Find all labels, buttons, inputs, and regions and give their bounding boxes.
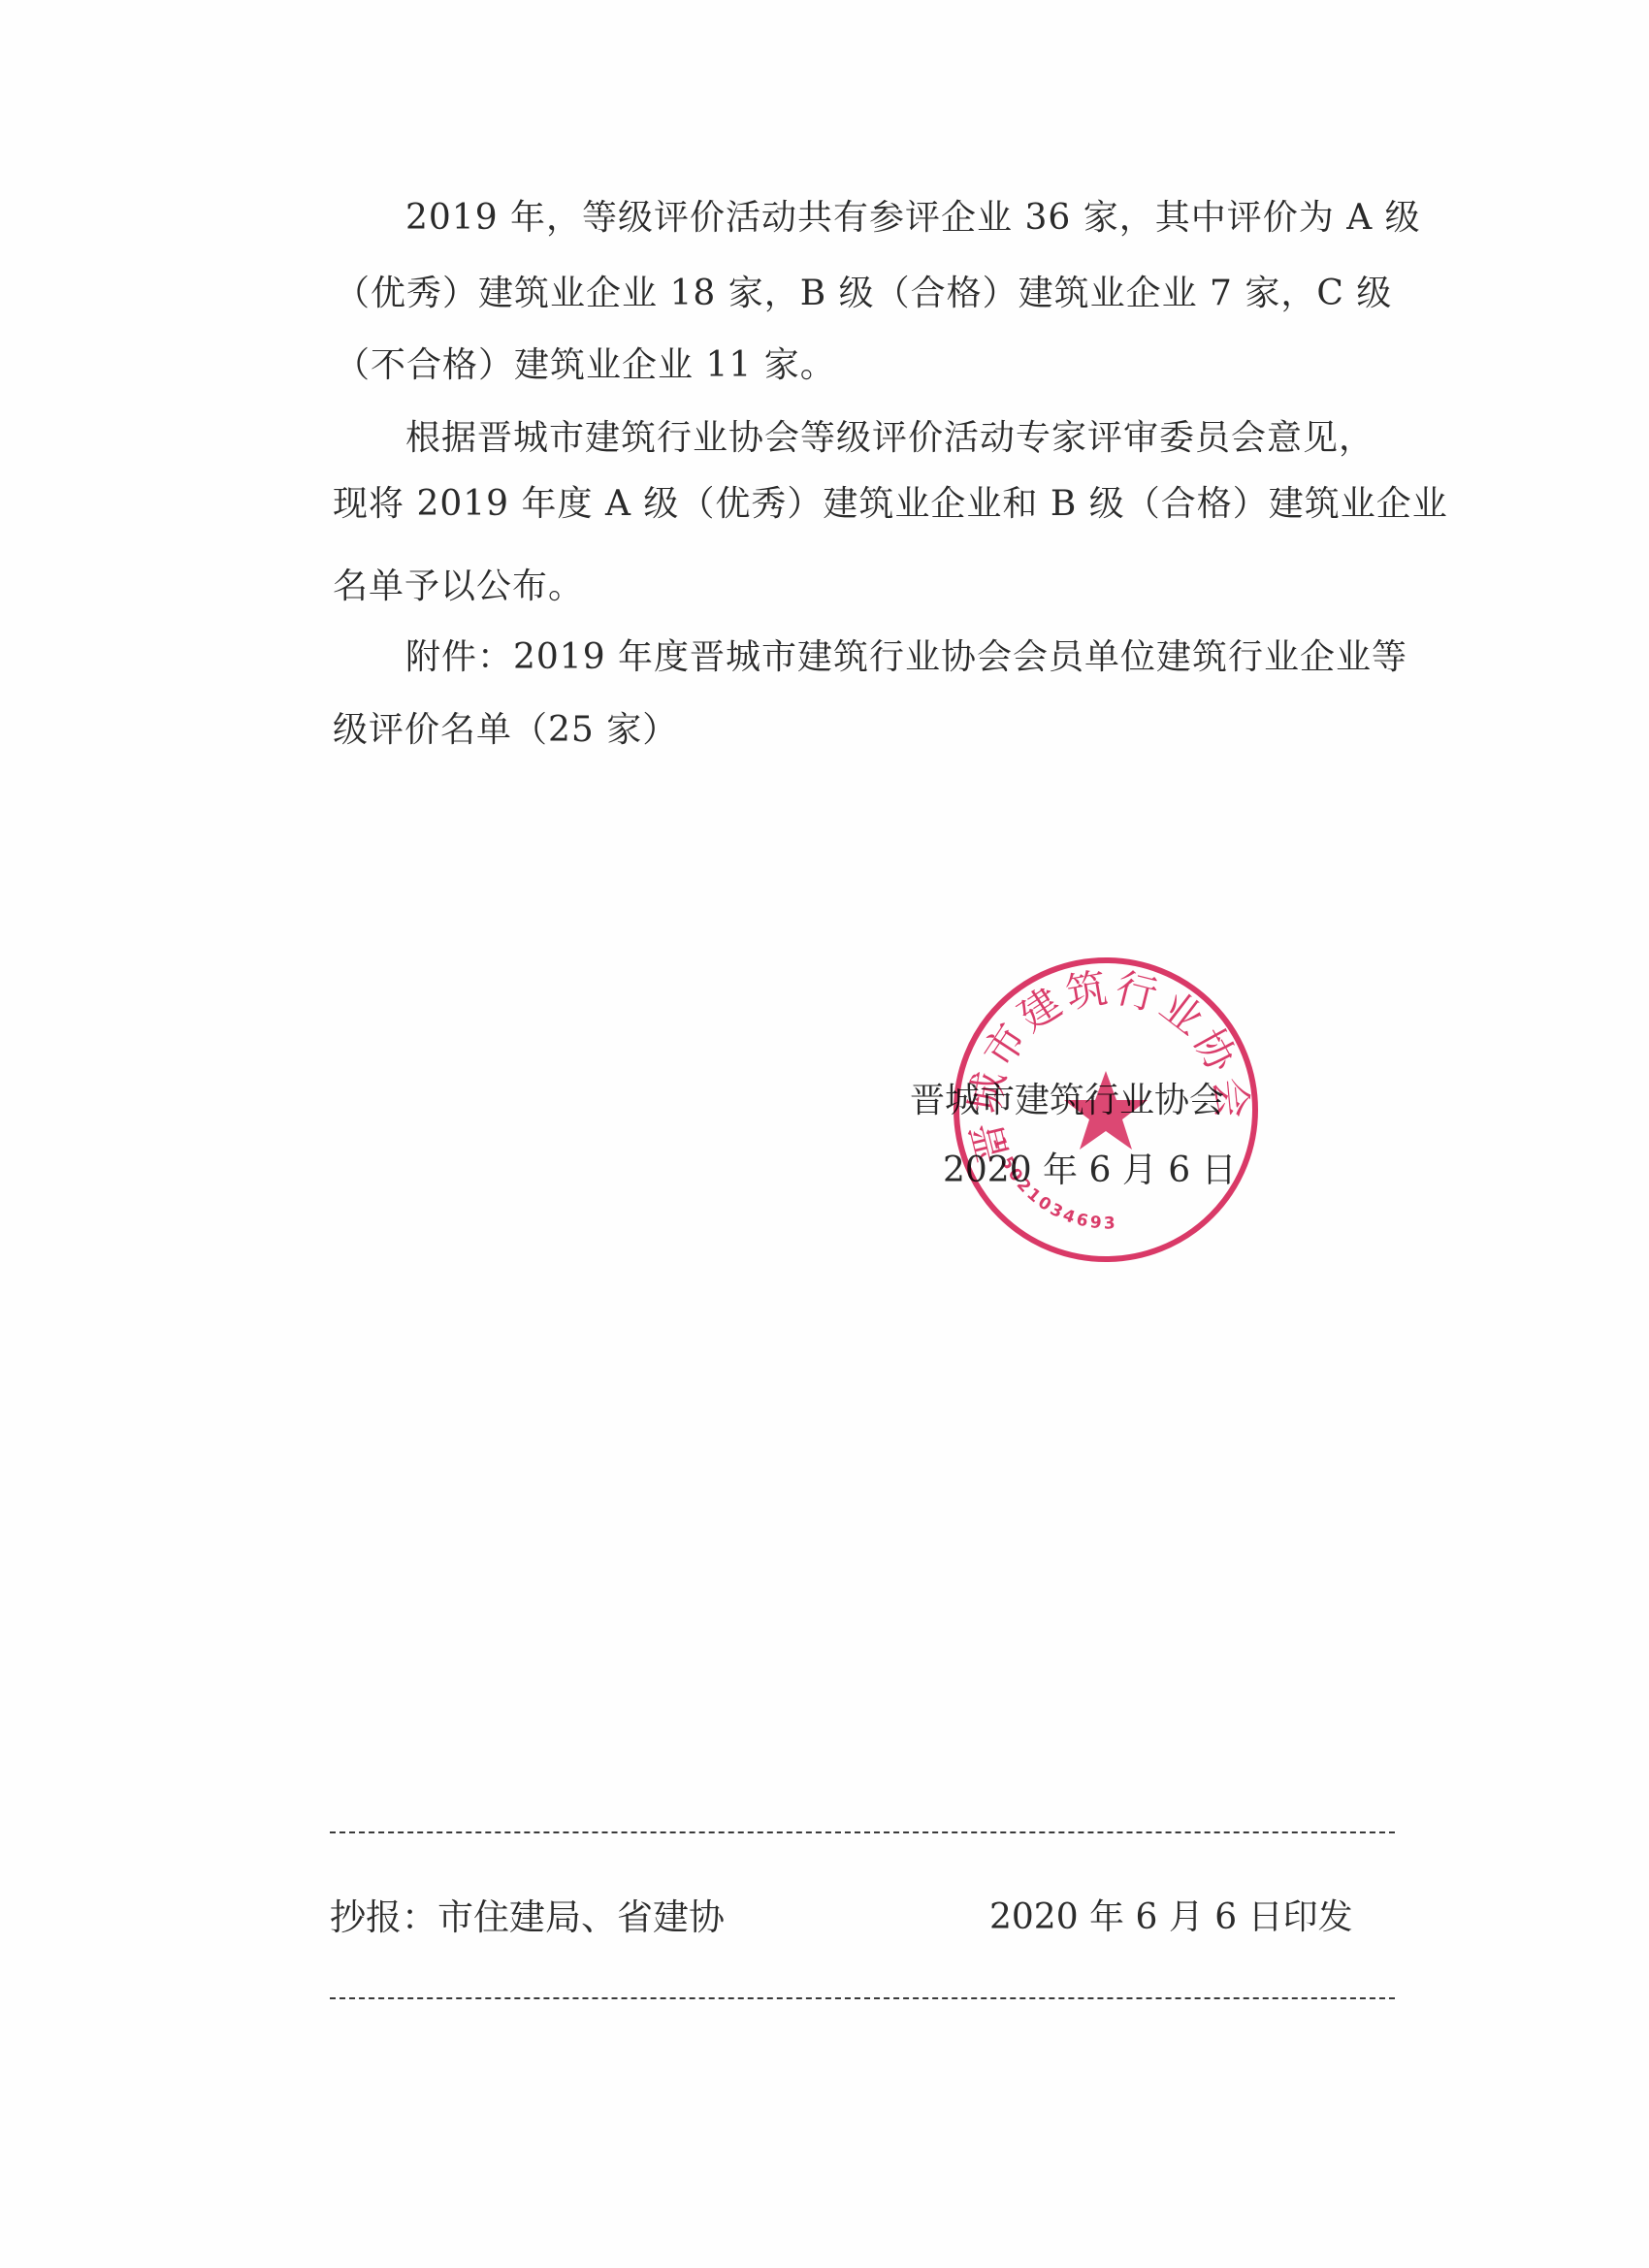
paragraph-1-line-2: （优秀）建筑业企业 18 家，B 级（合格）建筑业企业 7 家，C 级 — [335, 273, 1392, 315]
paragraph-2-line-1: 根据晋城市建筑行业协会等级评价活动专家评审委员会意见， — [405, 417, 1374, 460]
paragraph-1-line-3: （不合格）建筑业企业 11 家。 — [335, 344, 836, 387]
signature-organization: 晋城市建筑行业协会 — [910, 1080, 1224, 1122]
signature-date: 2020 年 6 月 6 日 — [943, 1150, 1237, 1192]
cc-recipients: 抄报：市住建局、省建协 — [330, 1896, 725, 1939]
document-page: 2019 年，等级评价活动共有参评企业 36 家，其中评价为 A 级 （优秀）建… — [0, 0, 1649, 2268]
paragraph-2-line-3: 名单予以公布。 — [333, 566, 584, 608]
footer-divider-top — [330, 1831, 1395, 1833]
attachment-line-2: 级评价名单（25 家） — [333, 709, 678, 752]
paragraph-1-line-1: 2019 年，等级评价活动共有参评企业 36 家，其中评价为 A 级 — [405, 197, 1421, 240]
paragraph-2-line-2: 现将 2019 年度 A 级（优秀）建筑业企业和 B 级（合格）建筑业企业 — [333, 483, 1448, 526]
print-date: 2020 年 6 月 6 日印发 — [989, 1896, 1353, 1939]
footer-divider-bottom — [330, 1997, 1395, 1999]
attachment-line-1: 附件：2019 年度晋城市建筑行业协会会员单位建筑行业企业等 — [405, 636, 1407, 679]
